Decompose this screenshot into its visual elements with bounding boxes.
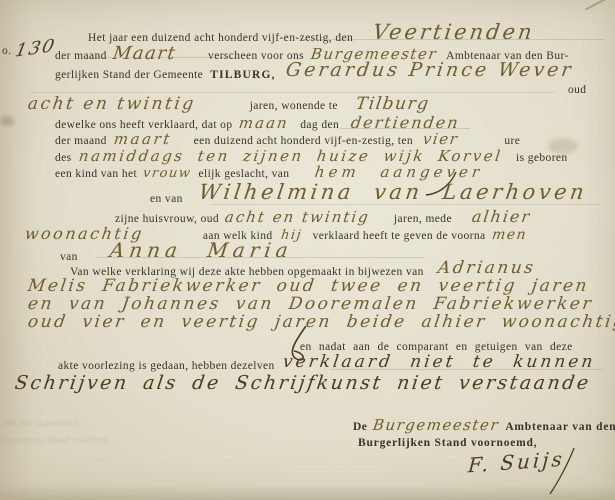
- act-number: o. 130: [2, 38, 55, 59]
- printed-text: ure: [504, 135, 520, 147]
- printed-text: oud: [568, 84, 586, 96]
- handwritten-text: Burgemeester: [372, 416, 501, 434]
- closing-line: Burgerlijken Stand voornoemd,: [358, 433, 537, 451]
- act-line: acht en twintig jaren, wonende te Tilbur…: [28, 94, 429, 114]
- printed-text: een kind van het: [55, 168, 137, 180]
- printed-text: Burgerlijken Stand voornoemd,: [358, 437, 537, 449]
- handwritten-text: Gerardus Prince Wever: [284, 59, 575, 81]
- printed-text: verklaard heeft te geven de voorna: [313, 230, 486, 242]
- handwritten-text: verklaard niet te kunnen: [281, 352, 596, 372]
- printed-text: Ambtenaar van den: [505, 421, 615, 433]
- handwritten-text: Melis Fabriekwerker oud twee en veertig …: [27, 276, 591, 296]
- act-number-value: 130: [14, 35, 58, 61]
- printed-text: akte voorlezing is gedaan, hebben dezelv…: [58, 360, 275, 372]
- handwritten-text: maart: [113, 130, 173, 148]
- handwritten-text: en van Johannes van Dooremalen Fabriekwe…: [27, 294, 595, 314]
- handwritten-text: Schrijven als de Schrijfkunst niet verst…: [13, 372, 592, 394]
- handwritten-text: Anna Maria: [108, 238, 294, 262]
- printed-text: een duizend acht honderd vijf-en-zestig,…: [194, 135, 413, 147]
- act-number-prefix: o.: [2, 45, 11, 57]
- birth-certificate-scan: Ambtenaar van den gerlijken Stand voorno…: [0, 0, 615, 500]
- signature-flourish: [548, 448, 578, 496]
- handwritten-text: vier: [422, 130, 460, 148]
- act-line: oud: [568, 80, 586, 98]
- handwritten-text: Wilhelmina van Laerhoven: [197, 180, 589, 204]
- ink-smudge: [0, 116, 14, 126]
- handwritten-text: Tilburg: [355, 94, 431, 114]
- act-line: akte voorlezing is gedaan, hebben dezelv…: [58, 354, 595, 374]
- printed-text: der maand: [55, 135, 107, 147]
- bleed-through-text: gerlijken Stand voornoemd: [0, 435, 109, 446]
- printed-text: is geboren: [516, 152, 568, 164]
- handwritten-text: vrouw: [142, 166, 192, 181]
- handwritten-text: Adrianus: [436, 258, 536, 278]
- printed-text: jaren, wonende te: [250, 100, 338, 112]
- printed-text: TILBURG,: [210, 69, 276, 81]
- printed-text: elijk geslacht, van: [198, 168, 289, 180]
- act-line: Schrijven als de Schrijfkunst niet verst…: [15, 372, 591, 394]
- act-line: gerlijken Stand der Gemeente TILBURG, Ge…: [55, 61, 573, 83]
- handwritten-text: acht en twintig: [27, 94, 197, 114]
- printed-text: gerlijken Stand der Gemeente: [55, 69, 203, 81]
- stray-pen-mark: [585, 0, 607, 10]
- form-rule-line: [30, 92, 555, 93]
- act-line: en van Johannes van Dooremalen Fabriekwe…: [28, 294, 593, 314]
- handwritten-text: men: [490, 227, 527, 243]
- printed-text: en van: [150, 193, 183, 205]
- printed-text: De: [353, 421, 367, 433]
- act-line: Melis Fabriekwerker oud twee en veertig …: [28, 276, 589, 296]
- bleed-through-text: Ambtenaar van den: [2, 418, 80, 429]
- act-line: en van Wilhelmina van Laerhoven: [150, 183, 587, 207]
- handwritten-text: Veertienden: [371, 20, 536, 44]
